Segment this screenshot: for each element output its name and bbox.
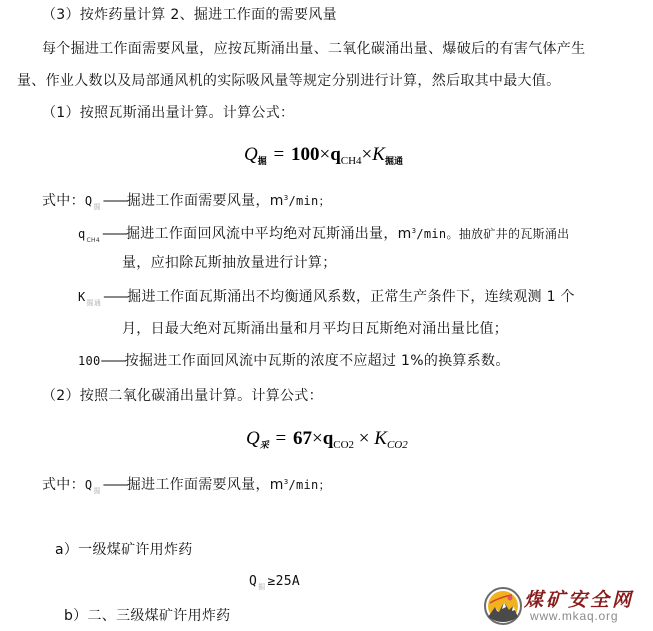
def-text: 掘进工作面回风流中平均绝对瓦斯涌出量，m [126, 226, 412, 242]
formula-times-2: × [359, 428, 370, 449]
def-unit: /min； [288, 478, 330, 492]
def-symbol: 100 [78, 354, 101, 368]
def-dash: —— [102, 226, 126, 242]
def-symbol: q [78, 227, 86, 241]
formula-relation: ≥25A [267, 574, 300, 589]
def-text: 掘进工作面需要风量，m [127, 477, 284, 493]
def-sub: CH4 [86, 237, 102, 244]
mountain-sun-emblem-icon [484, 587, 522, 625]
formula-symbol: Q [249, 574, 257, 589]
where-label: 式中： [42, 193, 85, 209]
section-heading: （3）按炸药量计算 2、掘进工作面的需要风量 [42, 6, 337, 24]
intro-line-2: 量、作业人数以及局部通风机的实际吸风量等规定分别进行计算，然后取其中最大值。 [17, 72, 560, 90]
def-sub: 掘通 [86, 299, 104, 307]
intro-line-1: 每个掘进工作面需要风量，应按瓦斯涌出量、二氧化碳涌出量、爆破后的有害气体产生 [42, 40, 585, 58]
def-sub: 掘 [92, 203, 102, 211]
formula-q-var: q [323, 428, 334, 449]
def-dash: —— [103, 289, 127, 305]
formula-co2: Q采 = 67×qCO2 × KCO2 [246, 427, 408, 458]
def-dash: —— [101, 353, 125, 369]
def-q-jue: 式中：Q掘——掘进工作面需要风量，m3/min； [42, 189, 331, 216]
def-100: 100——按掘进工作面回风流中瓦斯的浓度不应超过 1%的换算系数。 [78, 352, 510, 370]
def-sub: 掘 [92, 487, 102, 495]
formula-q-sub: CH4 [341, 155, 362, 167]
formula-sub: 掘 [257, 583, 267, 591]
section1-title: （1）按照瓦斯涌出量计算。计算公式： [42, 104, 294, 122]
formula-k-var: K [372, 144, 385, 165]
formula-coefficient: 67 [293, 428, 312, 449]
def-unit: /min； [288, 194, 330, 208]
formula-lhs-var: Q [244, 144, 258, 165]
formula-times-1: × [319, 144, 330, 165]
formula-equals: = [274, 428, 289, 449]
formula-explosive-1: Q掘≥25A [249, 573, 300, 596]
def-dash: —— [103, 477, 127, 493]
def-unit: /min。抽放矿井的瓦斯涌出 [416, 227, 569, 241]
section2-title: （2）按照二氧化碳涌出量计算。计算公式： [42, 387, 323, 405]
def-q-ch4-cont: 量，应扣除瓦斯抽放量进行计算； [122, 254, 337, 272]
def-dash: —— [103, 193, 127, 209]
formula-q-sub: CO2 [333, 439, 354, 451]
def-k: K掘通——掘进工作面瓦斯涌出不均衡通风系数，正常生产条件下，连续观测 1 个 [78, 288, 575, 312]
explosive-grade-2-3: b）二、三级煤矿许用炸药 [64, 607, 231, 625]
watermark-logo: 煤矿安全网 www.mkaq.org [484, 585, 649, 627]
def-text: 按掘进工作面回风流中瓦斯的浓度不应超过 1%的换算系数。 [125, 353, 510, 369]
formula-coefficient: 100 [291, 144, 320, 165]
def-co2-q: 式中：Q掘——掘进工作面需要风量，m3/min； [42, 473, 331, 500]
formula-times-2: × [362, 144, 373, 165]
def-text: 掘进工作面瓦斯涌出不均衡通风系数，正常生产条件下，连续观测 1 个 [127, 289, 575, 305]
formula-q-var: q [330, 144, 341, 165]
formula-lhs-var: Q [246, 428, 260, 449]
def-symbol: K [78, 290, 86, 304]
explosive-grade-1: a）一级煤矿许用炸药 [55, 541, 193, 559]
formula-k-var: K [374, 428, 387, 449]
where-label: 式中： [42, 477, 85, 493]
formula-k-sub: 掘通 [385, 157, 403, 167]
def-k-cont: 月，日最大绝对瓦斯涌出量和月平均日瓦斯绝对涌出量比值； [122, 320, 508, 338]
formula-lhs-sub: 掘 [258, 157, 267, 167]
formula-times-1: × [312, 428, 323, 449]
watermark-title: 煤矿安全网 [524, 585, 634, 612]
formula-methane: Q掘 = 100×qCH4×K掘通 [244, 143, 403, 174]
formula-k-sub: CO2 [387, 439, 408, 451]
formula-equals: = [272, 144, 287, 165]
def-q-ch4: qCH4——掘进工作面回风流中平均绝对瓦斯涌出量，m3/min。抽放矿井的瓦斯涌… [78, 222, 569, 250]
formula-lhs-sub: 采 [260, 441, 269, 451]
watermark-url: www.mkaq.org [530, 609, 618, 623]
def-text: 掘进工作面需要风量，m [127, 193, 284, 209]
